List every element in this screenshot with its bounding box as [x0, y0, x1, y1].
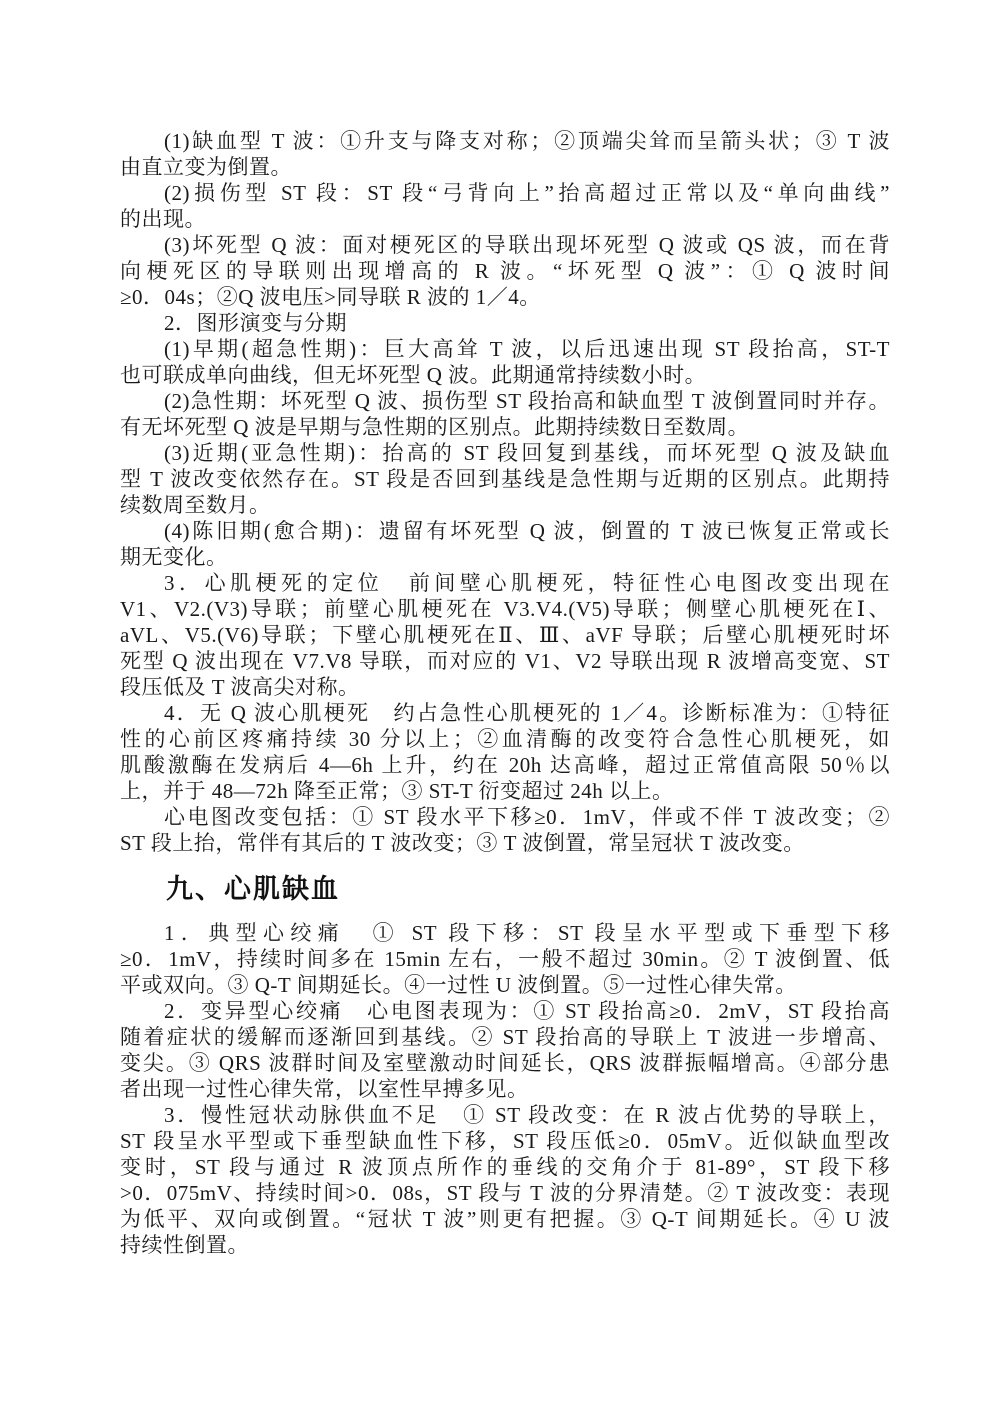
text-line: 平或双向。③ Q-T 间期延长。④一过性 U 波倒置。⑤一过性心律失常。 [120, 972, 890, 998]
paragraph: (1)早期(超急性期)：巨大高耸 T 波，以后迅速出现 ST 段抬高，ST-T也… [120, 336, 890, 388]
text-line: (2)损伤型 ST 段：ST 段“弓背向上”抬高超过正常以及“单向曲线” [120, 180, 890, 206]
text-line: V1、V2.(V3)导联；前壁心肌梗死在 V3.V4.(V5)导联；侧壁心肌梗死… [120, 596, 890, 622]
text-line: 为低平、双向或倒置。“冠状 T 波”则更有把握。③ Q-T 间期延长。④ U 波 [120, 1206, 890, 1232]
text-line: >0．075mV、持续时间>0．08s，ST 段与 T 波的分界清楚。② T 波… [120, 1180, 890, 1206]
text-line: (1)缺血型 T 波：①升支与降支对称；②顶端尖耸而呈箭头状；③ T 波 [120, 128, 890, 154]
paragraph: (3)近期(亚急性期)：抬高的 ST 段回复到基线，而坏死型 Q 波及缺血型 T… [120, 440, 890, 518]
text-line: 2．图形演变与分期 [120, 310, 890, 336]
text-line: (4)陈旧期(愈合期)：遗留有坏死型 Q 波，倒置的 T 波已恢复正常或长 [120, 518, 890, 544]
section-heading: 九、心肌缺血 [120, 872, 890, 906]
text-line: 性的心前区疼痛持续 30 分以上；②血清酶的改变符合急性心肌梗死，如 [120, 726, 890, 752]
paragraph: 4．无 Q 波心肌梗死 约占急性心肌梗死的 1／4。诊断标准为：①特征性的心前区… [120, 700, 890, 804]
paragraph: (3)坏死型 Q 波：面对梗死区的导联出现坏死型 Q 波或 QS 波，而在背向梗… [120, 232, 890, 310]
paragraph: 2．变异型心绞痛 心电图表现为：① ST 段抬高≥0．2mV，ST 段抬高随着症… [120, 998, 890, 1102]
paragraph: 2．图形演变与分期 [120, 310, 890, 336]
paragraph: (2)急性期：坏死型 Q 波、损伤型 ST 段抬高和缺血型 T 波倒置同时并存。… [120, 388, 890, 440]
text-line: 1．典型心绞痛 ① ST 段下移：ST 段呈水平型或下垂型下移 [120, 920, 890, 946]
text-line: 3．心肌梗死的定位 前间壁心肌梗死，特征性心电图改变出现在 [120, 570, 890, 596]
text-line: (2)急性期：坏死型 Q 波、损伤型 ST 段抬高和缺血型 T 波倒置同时并存。 [120, 388, 890, 414]
paragraph: 3．心肌梗死的定位 前间壁心肌梗死，特征性心电图改变出现在V1、V2.(V3)导… [120, 570, 890, 700]
text-line: 由直立变为倒置。 [120, 154, 890, 180]
text-line: ≥0．1mV，持续时间多在 15min 左右，一般不超过 30min。② T 波… [120, 946, 890, 972]
text-line: ST 段上抬，常伴有其后的 T 波改变；③ T 波倒置，常呈冠状 T 波改变。 [120, 830, 890, 856]
text-line: 变尖。③ QRS 波群时间及室壁激动时间延长，QRS 波群振幅增高。④部分患 [120, 1050, 890, 1076]
text-line: 死型 Q 波出现在 V7.V8 导联，而对应的 V1、V2 导联出现 R 波增高… [120, 648, 890, 674]
text-line: 向梗死区的导联则出现增高的 R 波。“坏死型 Q 波”：① Q 波时间 [120, 258, 890, 284]
text-line: 段压低及 T 波高尖对称。 [120, 674, 890, 700]
paragraph: 3．慢性冠状动脉供血不足 ① ST 段改变：在 R 波占优势的导联上，ST 段呈… [120, 1102, 890, 1258]
text-line: 4．无 Q 波心肌梗死 约占急性心肌梗死的 1／4。诊断标准为：①特征 [120, 700, 890, 726]
text-line: (1)早期(超急性期)：巨大高耸 T 波，以后迅速出现 ST 段抬高，ST-T [120, 336, 890, 362]
paragraph: (1)缺血型 T 波：①升支与降支对称；②顶端尖耸而呈箭头状；③ T 波由直立变… [120, 128, 890, 180]
text-line: 有无坏死型 Q 波是早期与急性期的区别点。此期持续数日至数周。 [120, 414, 890, 440]
text-line: ≥0．04s；②Q 波电压>同导联 R 波的 1／4。 [120, 284, 890, 310]
paragraph: (2)损伤型 ST 段：ST 段“弓背向上”抬高超过正常以及“单向曲线”的出现。 [120, 180, 890, 232]
text-line: 型 T 波改变依然存在。ST 段是否回到基线是急性期与近期的区别点。此期持 [120, 466, 890, 492]
text-line: 3．慢性冠状动脉供血不足 ① ST 段改变：在 R 波占优势的导联上， [120, 1102, 890, 1128]
text-line: 者出现一过性心律失常，以室性早搏多见。 [120, 1076, 890, 1102]
text-line: ST 段呈水平型或下垂型缺血性下移，ST 段压低≥0．05mV。近似缺血型改 [120, 1128, 890, 1154]
document-content: (1)缺血型 T 波：①升支与降支对称；②顶端尖耸而呈箭头状；③ T 波由直立变… [120, 128, 890, 1258]
text-line: 上，并于 48—72h 降至正常；③ ST-T 衍变超过 24h 以上。 [120, 778, 890, 804]
text-line: aVL、V5.(V6)导联；下壁心肌梗死在Ⅱ、Ⅲ、aVF 导联；后壁心肌梗死时坏 [120, 622, 890, 648]
text-line: 也可联成单向曲线，但无坏死型 Q 波。此期通常持续数小时。 [120, 362, 890, 388]
text-line: 的出现。 [120, 206, 890, 232]
text-line: 续数周至数月。 [120, 492, 890, 518]
paragraph: (4)陈旧期(愈合期)：遗留有坏死型 Q 波，倒置的 T 波已恢复正常或长期无变… [120, 518, 890, 570]
text-line: 变时，ST 段与通过 R 波顶点所作的垂线的交角介于 81-89°，ST 段下移 [120, 1154, 890, 1180]
text-line: 2．变异型心绞痛 心电图表现为：① ST 段抬高≥0．2mV，ST 段抬高 [120, 998, 890, 1024]
text-line: 心电图改变包括：① ST 段水平下移≥0．1mV，伴或不伴 T 波改变；② [120, 804, 890, 830]
paragraph: 1．典型心绞痛 ① ST 段下移：ST 段呈水平型或下垂型下移≥0．1mV，持续… [120, 920, 890, 998]
document-page: (1)缺血型 T 波：①升支与降支对称；②顶端尖耸而呈箭头状；③ T 波由直立变… [0, 0, 1000, 1415]
paragraph: 心电图改变包括：① ST 段水平下移≥0．1mV，伴或不伴 T 波改变；②ST … [120, 804, 890, 856]
text-line: (3)坏死型 Q 波：面对梗死区的导联出现坏死型 Q 波或 QS 波，而在背 [120, 232, 890, 258]
text-line: (3)近期(亚急性期)：抬高的 ST 段回复到基线，而坏死型 Q 波及缺血 [120, 440, 890, 466]
text-line: 随着症状的缓解而逐渐回到基线。② ST 段抬高的导联上 T 波进一步增高、 [120, 1024, 890, 1050]
text-line: 肌酸激酶在发病后 4—6h 上升，约在 20h 达高峰，超过正常值高限 50％以 [120, 752, 890, 778]
text-line: 持续性倒置。 [120, 1232, 890, 1258]
text-line: 期无变化。 [120, 544, 890, 570]
